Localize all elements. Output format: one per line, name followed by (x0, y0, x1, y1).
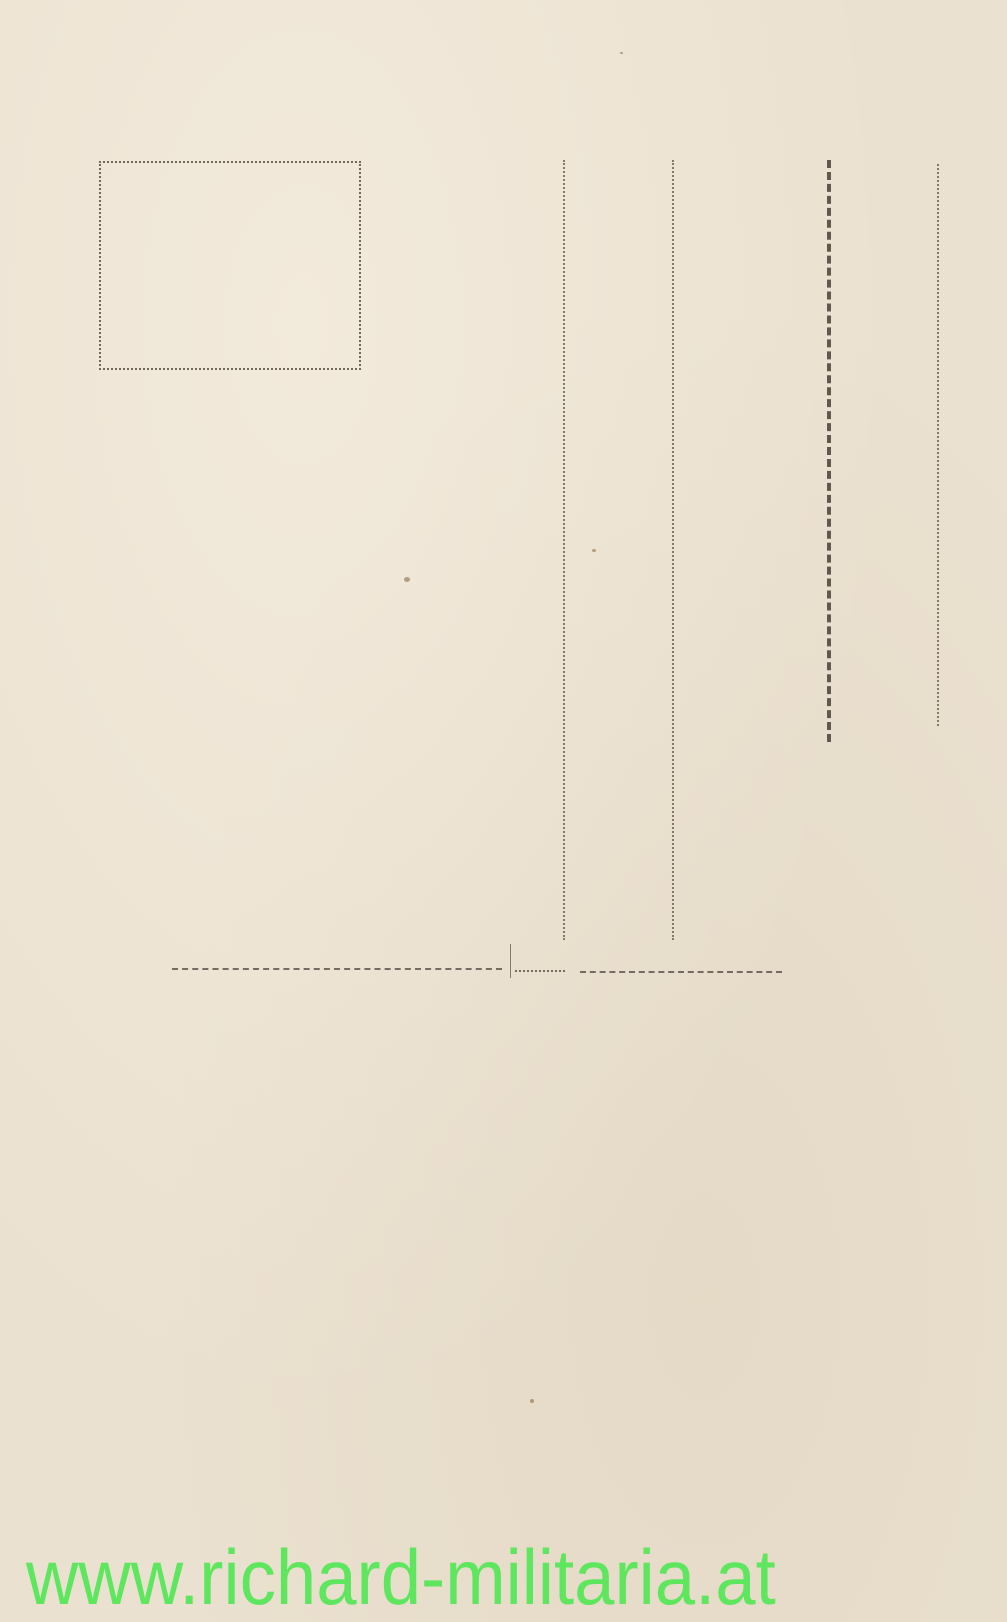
paper-speck (620, 52, 623, 54)
divider-line-left (563, 160, 565, 940)
stamp-placement-box (99, 161, 361, 370)
center-tick-mark (510, 944, 511, 978)
divider-line-middle (672, 160, 674, 940)
writing-line-left (172, 968, 502, 970)
paper-speck (404, 577, 410, 582)
address-line-bold (827, 160, 831, 742)
watermark-text: www.richard-militaria.at (26, 1538, 776, 1616)
address-line-right (937, 164, 939, 726)
paper-speck (592, 549, 596, 552)
writing-line-gap (515, 970, 565, 972)
paper-speck (530, 1399, 534, 1403)
postcard-back: www.richard-militaria.at (0, 0, 1007, 1622)
writing-line-right (580, 971, 782, 973)
